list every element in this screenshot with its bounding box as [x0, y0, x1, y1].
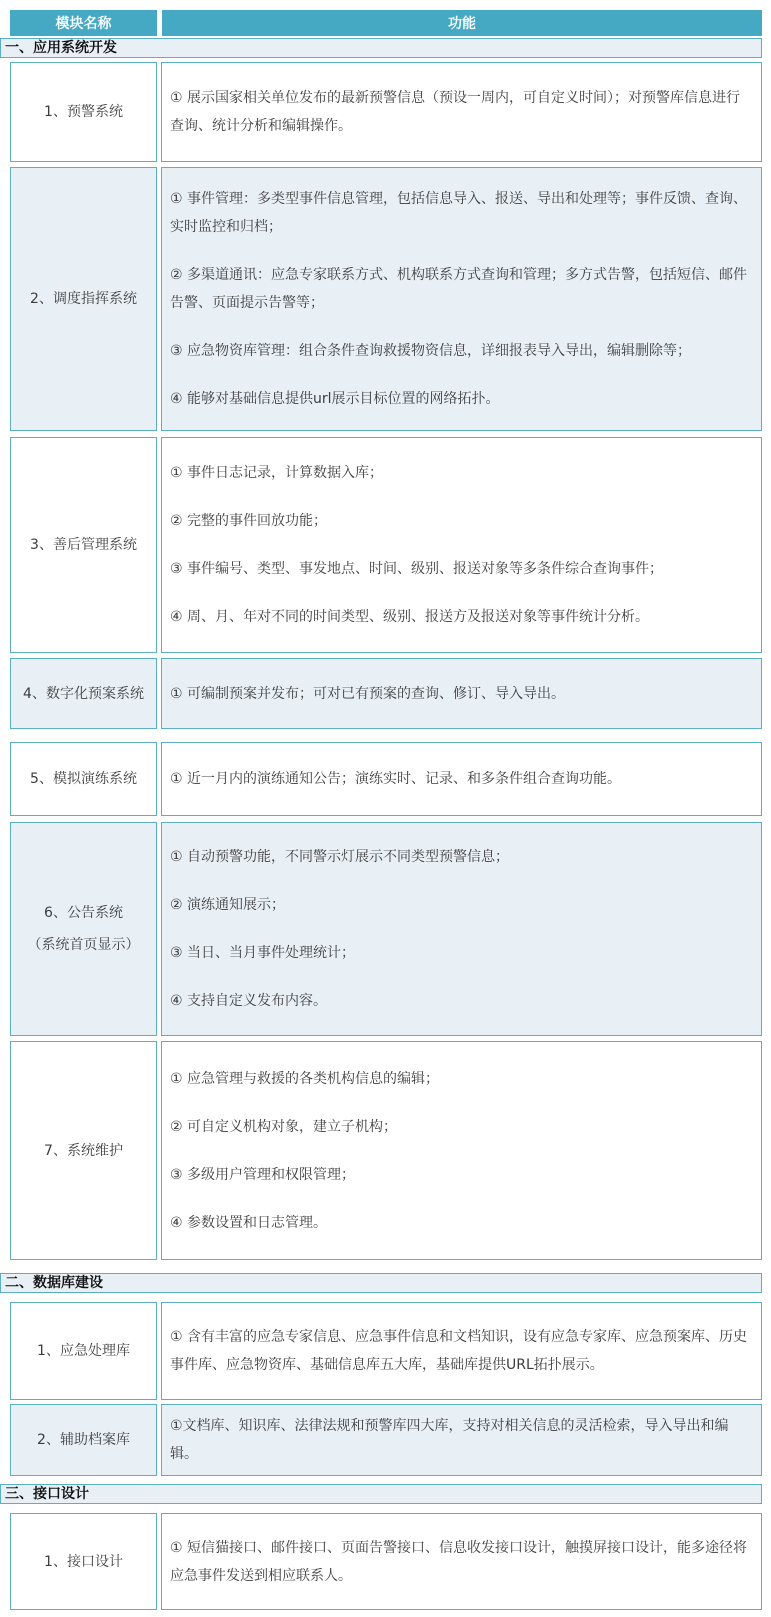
section-header: 二、数据库建设 [0, 1273, 762, 1293]
function-item: ③ 应急物资库管理：组合条件查询救援物资信息，详细报表导入导出，编辑删除等； [170, 337, 751, 365]
function-item: ③ 多级用户管理和权限管理； [170, 1161, 751, 1189]
header-cell-function: 功能 [162, 10, 762, 36]
function-item: ① 事件管理：多类型事件信息管理，包括信息导入、报送、导出和处理等；事件反馈、查… [170, 185, 751, 241]
module-name-cell: 5、模拟演练系统 [10, 742, 157, 816]
module-name-line: 2、辅助档案库 [37, 1424, 130, 1456]
module-name-cell: 2、辅助档案库 [10, 1404, 157, 1476]
module-name-cell: 1、应急处理库 [10, 1302, 157, 1400]
function-item: ① 短信猫接口、邮件接口、页面告警接口、信息收发接口设计，触摸屏接口设计，能多途… [170, 1534, 751, 1590]
function-item: ③ 当日、当月事件处理统计； [170, 939, 751, 967]
section-header: 一、应用系统开发 [0, 38, 762, 58]
function-cell: ① 含有丰富的应急专家信息、应急事件信息和文档知识，设有应急专家库、应急预案库、… [161, 1302, 762, 1400]
table-header-row: 模块名称 功能 [10, 10, 762, 36]
function-item: ① 含有丰富的应急专家信息、应急事件信息和文档知识，设有应急专家库、应急预案库、… [170, 1323, 751, 1379]
table-row: 2、辅助档案库①文档库、知识库、法律法规和预警库四大库，支持对相关信息的灵活检索… [10, 1404, 762, 1476]
header-cell-module-name: 模块名称 [10, 10, 157, 36]
function-cell: ① 短信猫接口、邮件接口、页面告警接口、信息收发接口设计，触摸屏接口设计，能多途… [161, 1513, 762, 1610]
module-name-line: 1、接口设计 [44, 1546, 123, 1578]
function-item: ④ 能够对基础信息提供url展示目标位置的网络拓扑。 [170, 385, 751, 413]
function-item: ① 可编制预案并发布；可对已有预案的查询、修订、导入导出。 [170, 680, 751, 708]
table-row: 6、公告系统（系统首页显示）① 自动预警功能，不同警示灯展示不同类型预警信息；②… [10, 822, 762, 1036]
function-item: ② 可自定义机构对象，建立子机构； [170, 1113, 751, 1141]
module-name-line: 1、应急处理库 [37, 1335, 130, 1367]
module-name-cell: 6、公告系统（系统首页显示） [10, 822, 157, 1036]
module-name-cell: 2、调度指挥系统 [10, 167, 157, 431]
function-cell: ① 自动预警功能，不同警示灯展示不同类型预警信息；② 演练通知展示；③ 当日、当… [161, 822, 762, 1036]
module-name-line: （系统首页显示） [28, 929, 140, 961]
function-cell: ① 可编制预案并发布；可对已有预案的查询、修订、导入导出。 [161, 658, 762, 729]
module-name-line: 5、模拟演练系统 [30, 763, 137, 795]
function-item: ① 展示国家相关单位发布的最新预警信息（预设一周内，可自定义时间）；对预警库信息… [170, 84, 751, 140]
module-name-line: 2、调度指挥系统 [30, 283, 137, 315]
function-item: ② 完整的事件回放功能； [170, 507, 751, 535]
function-item: ② 多渠道通讯：应急专家联系方式、机构联系方式查询和管理；多方式告警，包括短信、… [170, 261, 751, 317]
function-item: ① 事件日志记录，计算数据入库； [170, 459, 751, 487]
function-item: ① 自动预警功能，不同警示灯展示不同类型预警信息； [170, 843, 751, 871]
module-name-line: 4、数字化预案系统 [23, 678, 144, 710]
module-name-line: 7、系统维护 [44, 1135, 123, 1167]
function-cell: ① 应急管理与救援的各类机构信息的编辑；② 可自定义机构对象，建立子机构；③ 多… [161, 1041, 762, 1260]
module-function-table-page: 模块名称 功能 一、应用系统开发1、预警系统① 展示国家相关单位发布的最新预警信… [0, 0, 771, 1617]
table-row: 2、调度指挥系统① 事件管理：多类型事件信息管理，包括信息导入、报送、导出和处理… [10, 167, 762, 431]
function-item: ④ 支持自定义发布内容。 [170, 987, 751, 1015]
table-row: 1、应急处理库① 含有丰富的应急专家信息、应急事件信息和文档知识，设有应急专家库… [10, 1302, 762, 1400]
module-name-cell: 7、系统维护 [10, 1041, 157, 1260]
function-cell: ① 近一月内的演练通知公告；演练实时、记录、和多条件组合查询功能。 [161, 742, 762, 816]
table-row: 1、接口设计① 短信猫接口、邮件接口、页面告警接口、信息收发接口设计，触摸屏接口… [10, 1513, 762, 1610]
table-body: 一、应用系统开发1、预警系统① 展示国家相关单位发布的最新预警信息（预设一周内，… [0, 38, 771, 1610]
module-name-cell: 1、预警系统 [10, 62, 157, 162]
function-cell: ①文档库、知识库、法律法规和预警库四大库，支持对相关信息的灵活检索，导入导出和编… [161, 1404, 762, 1476]
function-item: ④ 周、月、年对不同的时间类型、级别、报送方及报送对象等事件统计分析。 [170, 603, 751, 631]
function-item: ③ 事件编号、类型、事发地点、时间、级别、报送对象等多条件综合查询事件； [170, 555, 751, 583]
module-name-cell: 3、善后管理系统 [10, 437, 157, 653]
module-name-cell: 4、数字化预案系统 [10, 658, 157, 729]
function-item: ② 演练通知展示； [170, 891, 751, 919]
function-cell: ① 事件管理：多类型事件信息管理，包括信息导入、报送、导出和处理等；事件反馈、查… [161, 167, 762, 431]
table-row: 3、善后管理系统① 事件日志记录，计算数据入库；② 完整的事件回放功能；③ 事件… [10, 437, 762, 653]
function-item: ① 应急管理与救援的各类机构信息的编辑； [170, 1065, 751, 1093]
function-cell: ① 展示国家相关单位发布的最新预警信息（预设一周内，可自定义时间）；对预警库信息… [161, 62, 762, 162]
section-header: 三、接口设计 [0, 1484, 762, 1504]
function-item: ④ 参数设置和日志管理。 [170, 1209, 751, 1237]
module-name-line: 6、公告系统 [44, 897, 123, 929]
table-row: 4、数字化预案系统① 可编制预案并发布；可对已有预案的查询、修订、导入导出。 [10, 658, 762, 729]
table-row: 5、模拟演练系统① 近一月内的演练通知公告；演练实时、记录、和多条件组合查询功能… [10, 742, 762, 816]
function-item: ① 近一月内的演练通知公告；演练实时、记录、和多条件组合查询功能。 [170, 765, 751, 793]
module-name-line: 3、善后管理系统 [30, 529, 137, 561]
function-item: ①文档库、知识库、法律法规和预警库四大库，支持对相关信息的灵活检索，导入导出和编… [170, 1412, 751, 1468]
module-name-line: 1、预警系统 [44, 96, 123, 128]
table-row: 7、系统维护① 应急管理与救援的各类机构信息的编辑；② 可自定义机构对象，建立子… [10, 1041, 762, 1260]
function-cell: ① 事件日志记录，计算数据入库；② 完整的事件回放功能；③ 事件编号、类型、事发… [161, 437, 762, 653]
table-row: 1、预警系统① 展示国家相关单位发布的最新预警信息（预设一周内，可自定义时间）；… [10, 62, 762, 162]
module-name-cell: 1、接口设计 [10, 1513, 157, 1610]
